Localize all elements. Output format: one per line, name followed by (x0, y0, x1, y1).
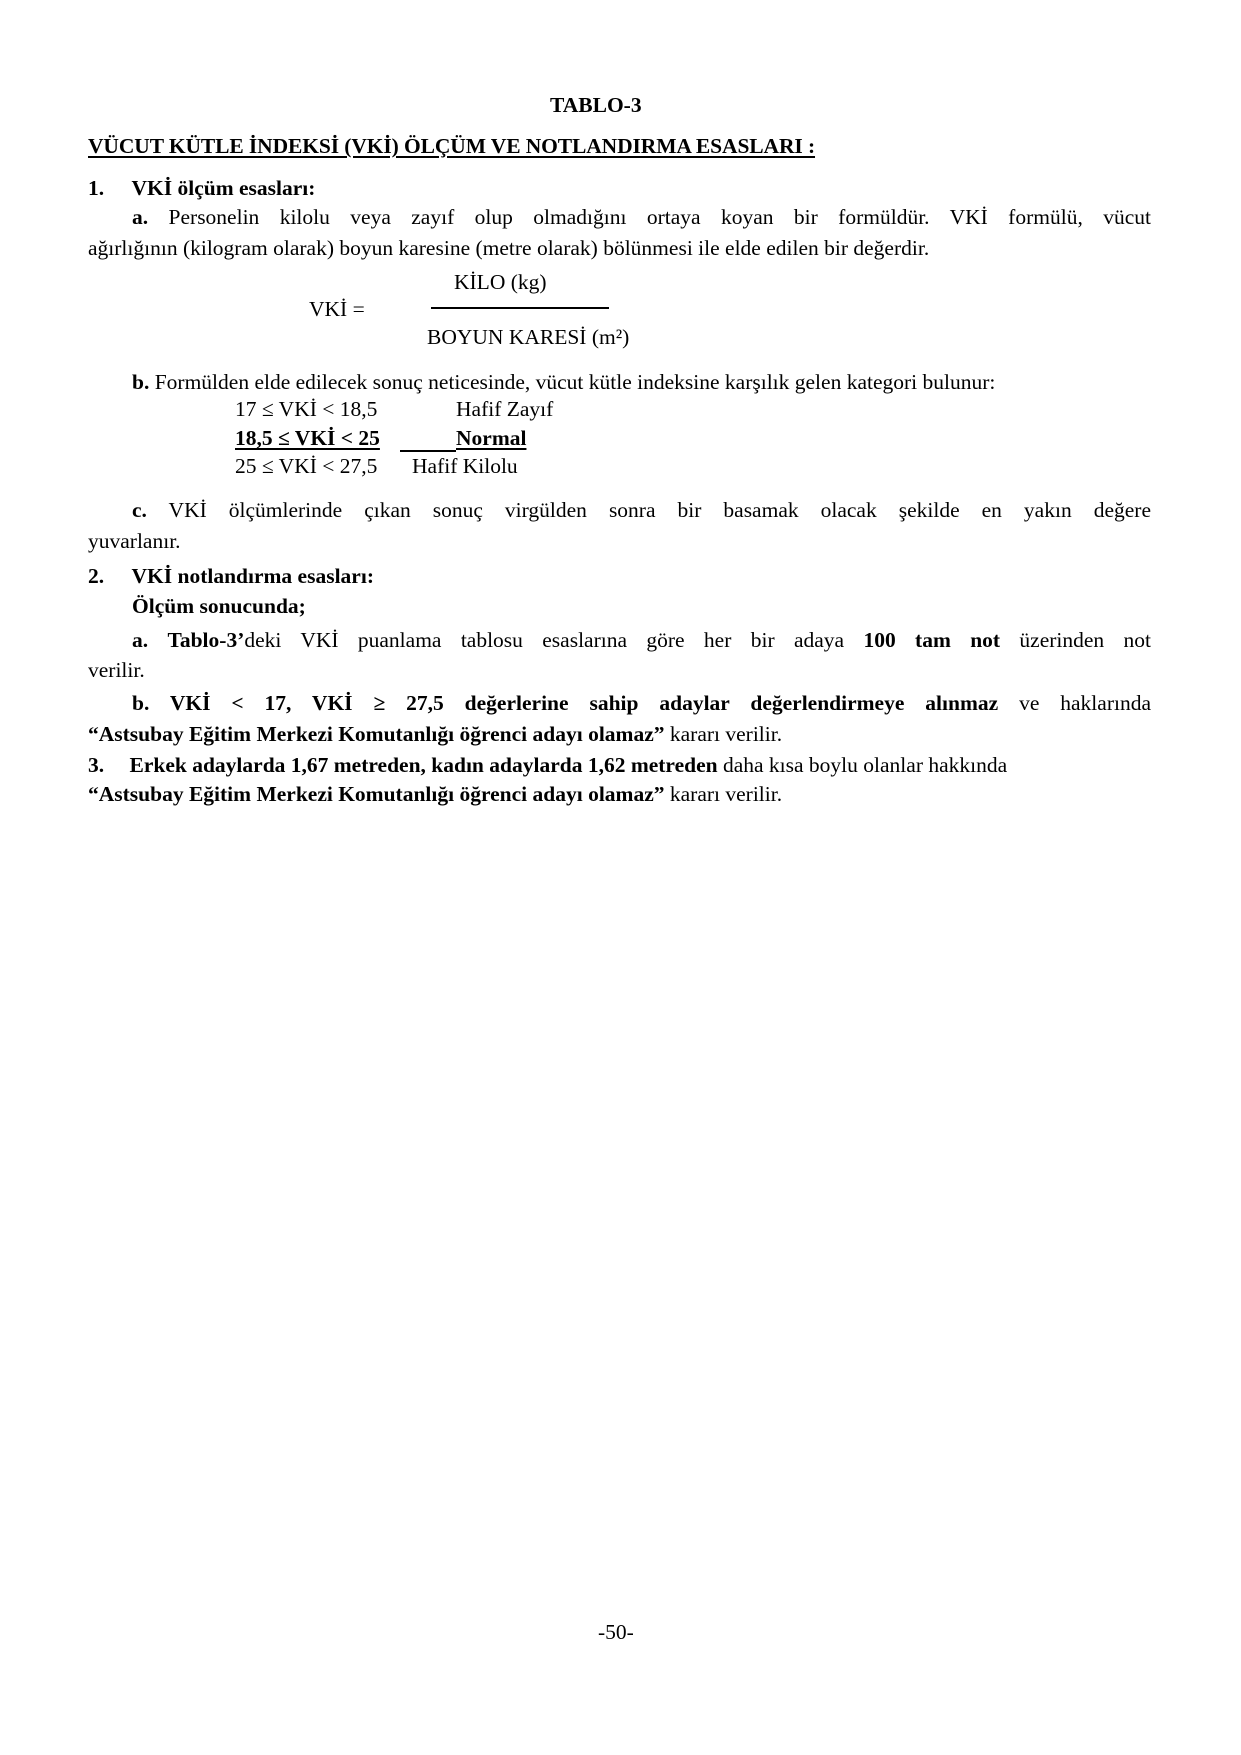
category-range: 17 ≤ VKİ < 18,5 (235, 399, 377, 421)
section-3-number: 3. (88, 753, 104, 777)
section-2b-decision: kararı verilir. (665, 722, 783, 746)
section-3-rule: Erkek adaylarda 1,67 metreden, kadın ada… (130, 753, 718, 777)
section-1b-text: Formülden elde edilecek sonuç neticesind… (155, 370, 996, 394)
section-3-line2: “Astsubay Eğitim Merkezi Komutanlığı öğr… (88, 784, 782, 806)
section-1-title: VKİ ölçüm esasları: (132, 176, 316, 200)
section-2b-line2: “Astsubay Eğitim Merkezi Komutanlığı öğr… (88, 724, 782, 746)
category-name: Hafif Kilolu (412, 456, 518, 478)
section-2a-full-score: 100 tam not (863, 628, 1000, 652)
section-1c-line1: VKİ ölçümlerinde çıkan sonuç virgülden s… (169, 498, 1151, 522)
section-2b-text: ve haklarında (998, 691, 1151, 715)
section-1a-line1: Personelin kilolu veya zayıf olup olmadı… (169, 205, 1151, 229)
section-1b-paragraph: b. Formülden elde edilecek sonuç netices… (132, 372, 995, 394)
section-1a-label: a. (132, 205, 148, 229)
section-1-heading: 1. VKİ ölçüm esasları: (88, 178, 315, 200)
category-range-normal: 18,5 ≤ VKİ < 25 (235, 428, 456, 450)
formula-lhs: VKİ = (309, 299, 365, 321)
section-2b-paragraph: b. VKİ < 17, VKİ ≥ 27,5 değerlerine sahi… (88, 689, 1151, 718)
section-2a-line2: verilir. (88, 660, 145, 682)
section-1a-paragraph: a. Personelin kilolu veya zayıf olup olm… (88, 203, 1151, 232)
section-3-decision: kararı verilir. (665, 782, 783, 806)
section-2b-quote: “Astsubay Eğitim Merkezi Komutanlığı öğr… (88, 722, 665, 746)
section-2a-text-end: üzerinden not (1000, 628, 1151, 652)
section-2a-label: a. (132, 628, 148, 652)
page-number: -50- (598, 1622, 634, 1644)
category-name: Hafif Zayıf (456, 399, 553, 421)
category-range: 25 ≤ VKİ < 27,5 (235, 456, 377, 478)
section-1c-paragraph: c. VKİ ölçümlerinde çıkan sonuç virgülde… (88, 496, 1151, 525)
fraction-bar (431, 307, 609, 309)
category-name-normal: Normal (456, 428, 526, 450)
section-1c-line2: yuvarlanır. (88, 531, 181, 553)
formula-denominator: BOYUN KARESİ (m²) (427, 327, 629, 349)
section-3-paragraph: 3. Erkek adaylarda 1,67 metreden, kadın … (88, 755, 1007, 777)
section-3-quote: “Astsubay Eğitim Merkezi Komutanlığı öğr… (88, 782, 665, 806)
section-2a-text: deki VKİ puanlama tablosu esaslarına gör… (244, 628, 863, 652)
section-2a-paragraph: a. Tablo-3’deki VKİ puanlama tablosu esa… (88, 626, 1151, 655)
section-2-title: VKİ notlandırma esasları: (132, 564, 374, 588)
normal-underline-gap (400, 450, 456, 452)
section-1b-label: b. (132, 370, 149, 394)
section-2a-table-ref: Tablo-3’ (167, 628, 244, 652)
section-1a-line2: ağırlığının (kilogram olarak) boyun kare… (88, 238, 929, 260)
section-1-number: 1. (88, 176, 104, 200)
section-1c-label: c. (132, 498, 147, 522)
section-2b-rule: b. VKİ < 17, VKİ ≥ 27,5 değerlerine sahi… (132, 691, 998, 715)
section-2-heading: 2. VKİ notlandırma esasları: (88, 566, 374, 588)
section-2-subheading: Ölçüm sonucunda; (132, 596, 306, 618)
table-title: TABLO-3 (550, 95, 642, 117)
formula-numerator: KİLO (kg) (454, 272, 547, 294)
section-2-number: 2. (88, 564, 104, 588)
page-heading: VÜCUT KÜTLE İNDEKSİ (VKİ) ÖLÇÜM VE NOTLA… (88, 136, 815, 158)
section-3-text: daha kısa boylu olanlar hakkında (718, 753, 1008, 777)
